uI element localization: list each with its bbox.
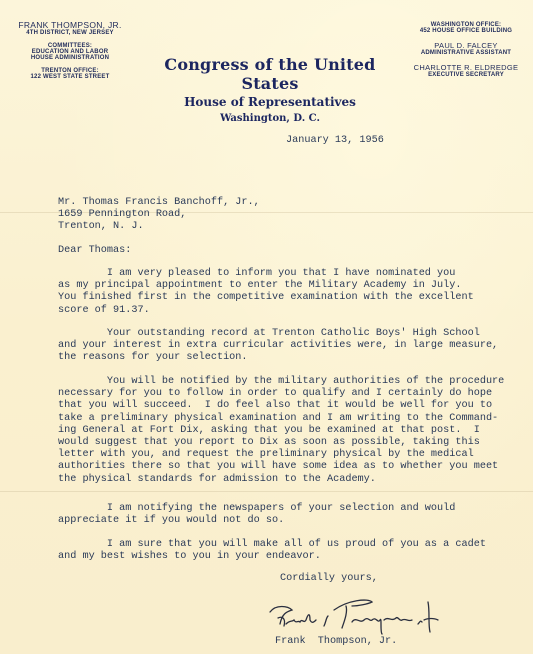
location-title: Washington, D. C. <box>140 113 400 124</box>
handwritten-signature <box>268 598 458 636</box>
paragraph-2: Your outstanding record at Trenton Catho… <box>58 328 498 365</box>
letterhead-center: Congress of the United States House of R… <box>140 55 400 124</box>
letterhead-right: WASHINGTON OFFICE: 452 HOUSE OFFICE BUIL… <box>402 22 530 78</box>
assistant-title: ADMINISTRATIVE ASSISTANT <box>402 50 530 56</box>
salutation: Dear Thomas: <box>58 245 131 257</box>
recipient-street: 1659 Pennington Road, <box>58 209 186 221</box>
washington-office-address: 452 HOUSE OFFICE BUILDING <box>402 28 530 34</box>
letterhead-left: FRANK THOMPSON, JR. 4TH DISTRICT, NEW JE… <box>2 20 138 80</box>
recipient-name: Mr. Thomas Francis Banchoff, Jr., <box>58 197 260 209</box>
trenton-office-address: 122 WEST STATE STREET <box>2 74 138 80</box>
closing: Cordially yours, <box>280 573 378 585</box>
paragraph-5: I am sure that you will make all of us p… <box>58 539 486 563</box>
secretary-name: CHARLOTTE R. ELDREDGE <box>402 63 530 72</box>
secretary-title: EXECUTIVE SECRETARY <box>402 72 530 78</box>
typed-signature-name: Frank Thompson, Jr. <box>275 636 397 648</box>
congressman-name: FRANK THOMPSON, JR. <box>2 20 138 30</box>
letter-date: January 13, 1956 <box>286 135 384 147</box>
paragraph-1: I am very pleased to inform you that I h… <box>58 268 474 317</box>
assistant-name: PAUL D. FALCEY <box>402 41 530 50</box>
house-title: House of Representatives <box>140 95 400 109</box>
congress-title: Congress of the United States <box>140 55 400 93</box>
paper-fold-line <box>0 491 533 492</box>
paragraph-3: You will be notified by the military aut… <box>58 376 504 486</box>
paragraph-4: I am notifying the newspapers of your se… <box>58 503 455 527</box>
recipient-city: Trenton, N. J. <box>58 221 144 233</box>
